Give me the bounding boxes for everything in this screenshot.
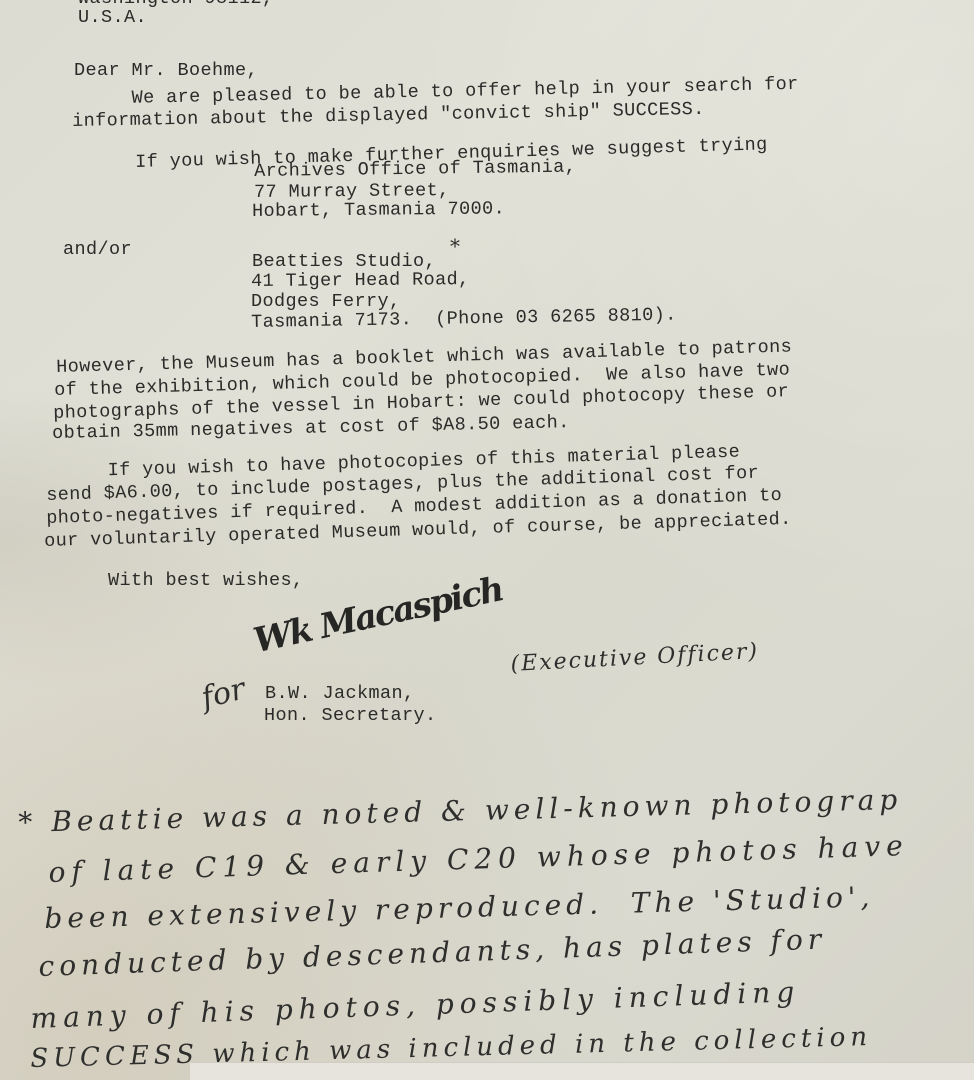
recipient-address-country: U.S.A. <box>78 8 147 28</box>
signatory-position: Hon. Secretary. <box>264 706 437 726</box>
asterisk-mark: * <box>450 234 460 258</box>
archives-address-city: Hobart, Tasmania 7000. <box>252 199 505 222</box>
underlying-page-edge <box>190 1062 974 1080</box>
handwritten-title: (Executive Officer) <box>510 639 760 677</box>
salutation: Dear Mr. Boehme, <box>74 61 258 81</box>
signatory-name: B.W. Jackman, <box>265 684 415 704</box>
and-or-label: and/or <box>63 240 132 260</box>
closing: With best wishes, <box>108 571 304 591</box>
studio-address-street: 41 Tiger Head Road, <box>251 270 470 292</box>
handwritten-note-line-1: * Beattie was a noted & well-known photo… <box>18 783 903 839</box>
handwritten-for: for <box>198 671 249 715</box>
archives-address-name: Archives Office of Tasmania, <box>254 158 576 182</box>
handwritten-note-line-2: of late C19 & early C20 whose photos hav… <box>48 829 909 889</box>
